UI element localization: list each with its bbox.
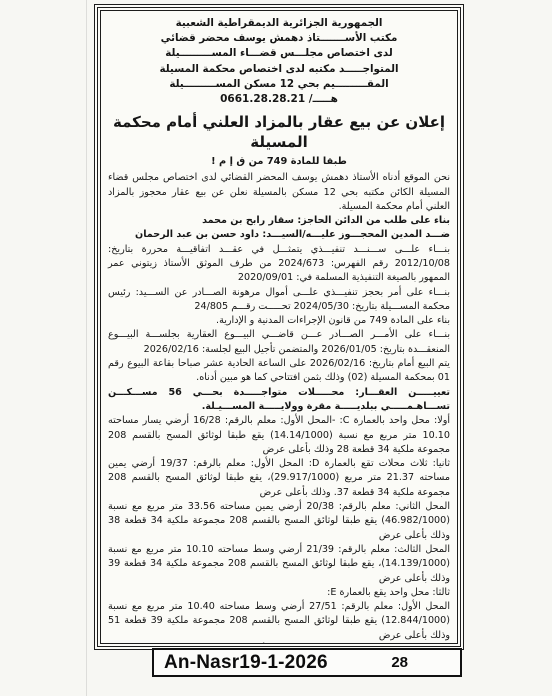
header-location-line: المتواجـــــد مكتبه لدى اختصاص محكمة الم… [108, 62, 450, 77]
header-address-line: المقـــــــــيم بحي 12 مسكن المســــــــ… [108, 77, 450, 92]
publication-source-label: An-Nasr19-1-2026 [164, 652, 328, 674]
paragraph-sale-session: يتم البيع أمام بتاريخ: 2026/02/16 على ال… [108, 357, 450, 386]
scanned-newspaper-page: الجمهورية الجزائرية الديمقراطية الشعبية … [0, 0, 552, 696]
header-republic-line: الجمهورية الجزائرية الديمقراطية الشعبية [108, 16, 450, 31]
notice-frame: الجمهورية الجزائرية الديمقراطية الشعبية … [94, 4, 464, 650]
paragraph-building-c: أولا: محل واحد بالعمارة C: -المحل الأول:… [108, 414, 450, 457]
notice-body: نحن الموقع أدناه الأستاذ دهمش يوسف المحض… [108, 171, 450, 644]
paragraph-building-e-lot1: المحل الأول: معلم بالرقم: 27/51 أرضي وسط… [108, 600, 450, 643]
notice-content: الجمهورية الجزائرية الديمقراطية الشعبية … [100, 10, 458, 644]
header-jurisdiction-line: لدى اختصاص مجلـــس قضـــاء المســـــــــ… [108, 46, 450, 61]
notice-title: إعلان عن بيع عقار بالمزاد العلني أمام مح… [108, 112, 450, 152]
paragraph-building-e-heading: ثالثا: محل واحد يقع بالعمارة E: [108, 586, 450, 600]
publication-source-box: An-Nasr19-1-2026 28 [152, 648, 462, 677]
paragraph-article-749: بناء على المادة 749 من قانون الإجراءات ا… [108, 314, 450, 328]
page-number: 28 [391, 654, 408, 671]
paragraph-debtor: ضـــد المدين المحجـــوز عليـــه/السيـــد… [108, 228, 450, 242]
header-phone-line: هـــــ/ 0661.28.28.21 [108, 92, 450, 107]
notice-frame-mid: الجمهورية الجزائرية الديمقراطية الشعبية … [97, 7, 461, 647]
paragraph-postponement-order: بنـــاء على الأمـــر الصـــادر عـــن قاض… [108, 328, 450, 357]
notice-subtitle: طبقا للمادة 749 من ق إ م ! [108, 155, 450, 168]
paragraph-building-d-lot1: ثانيا: ثلاث محلات تقع بالعمارة D: المحل … [108, 457, 450, 500]
header-office-line: مكتب الأســـــــتاذ دهمش يوسف محضر قضائي [108, 31, 450, 46]
paragraph-building-d-lot2: المحل الثاني: معلم بالرقم: 20/38 أرضي يم… [108, 500, 450, 543]
paragraph-seizure-order: بنـــاء على أمر بحجز تنفيـــذي علـــى أم… [108, 286, 450, 315]
scan-column-rule [86, 0, 87, 696]
paragraph-conditions: يتم البيع وفق قائمة شروط البيع المودعة ل… [108, 643, 450, 644]
paragraph-intro: نحن الموقع أدناه الأستاذ دهمش يوسف المحض… [108, 171, 450, 214]
paragraph-property-designation: تعييـــــن العقـــار: محـــــلات متواجــ… [108, 386, 450, 415]
paragraph-executive-title: بنـــاء علـــى ســـنـــد تنفيـــذي يتمثـ… [108, 243, 450, 286]
notice-header: الجمهورية الجزائرية الديمقراطية الشعبية … [108, 16, 450, 107]
paragraph-creditor: بناء على طلب من الدائن الحاجز: سقار رابح… [108, 214, 450, 228]
paragraph-building-d-lot3: المحل الثالث: معلم بالرقم: 21/39 أرضي وس… [108, 543, 450, 586]
